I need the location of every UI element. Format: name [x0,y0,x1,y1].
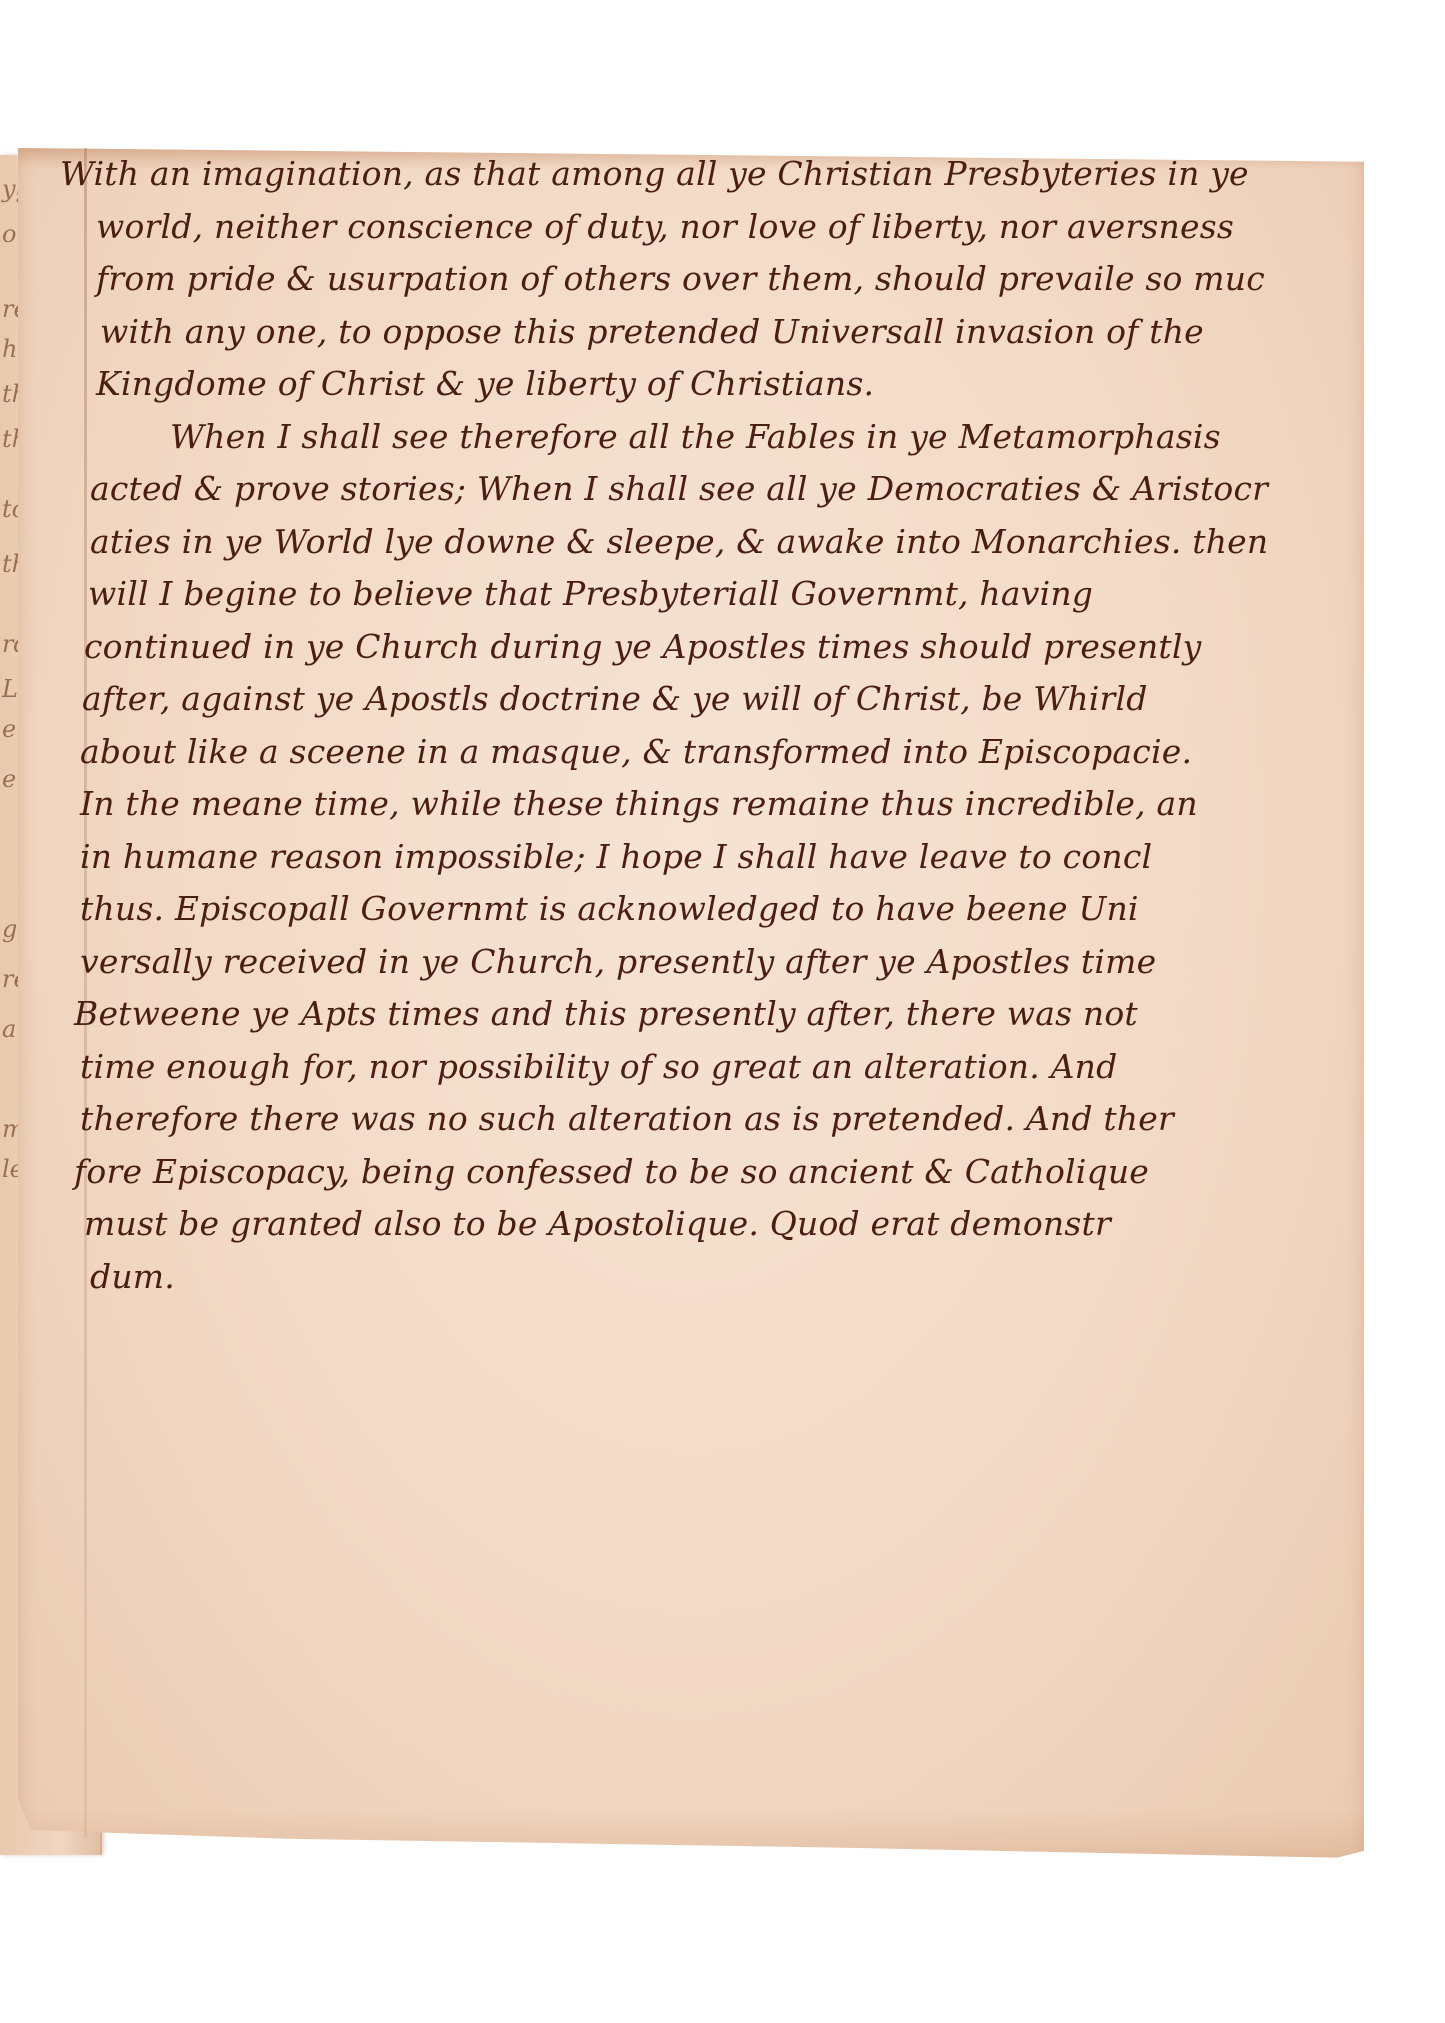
text-line: therefore there was no such alteration a… [60,1093,1390,1146]
text-line: versally received in ye Church, presentl… [60,936,1390,989]
text-line: with any one, to oppose this pretended U… [60,306,1390,359]
text-line: aties in ye World lye downe & sleepe, & … [60,516,1390,569]
text-line: time enough for, nor possibility of so g… [60,1041,1390,1094]
text-line: after, against ye Apostls doctrine & ye … [60,673,1390,726]
text-line: thus. Episcopall Governmt is acknowledge… [60,883,1390,936]
text-line: acted & prove stories; When I shall see … [60,463,1390,516]
text-line: about like a sceene in a masque, & trans… [60,726,1390,779]
handwritten-text: With an imagination, as that among all y… [60,148,1390,1303]
text-line: With an imagination, as that among all y… [60,148,1390,201]
paragraph-start-line: When I shall see therefore all the Fable… [60,411,1390,464]
text-line: world, neither conscience of duty, nor l… [60,201,1390,254]
text-line: fore Episcopacy, being confessed to be s… [60,1146,1390,1199]
closing-line: dum. [60,1251,1390,1304]
text-line: In the meane time, while these things re… [60,778,1390,831]
text-line: must be granted also to be Apostolique. … [60,1198,1390,1251]
text-line: Kingdome of Christ & ye liberty of Chris… [60,358,1390,411]
text-line: Betweene ye Apts times and this presentl… [60,988,1390,1041]
text-line: in humane reason impossible; I hope I sh… [60,831,1390,884]
text-line: continued in ye Church during ye Apostle… [60,621,1390,674]
text-line: will I begine to believe that Presbyteri… [60,568,1390,621]
edge-stain-bottom [18,1808,1364,1868]
margin-fragment: a [2,1015,16,1043]
text-line: from pride & usurpation of others over t… [60,253,1390,306]
